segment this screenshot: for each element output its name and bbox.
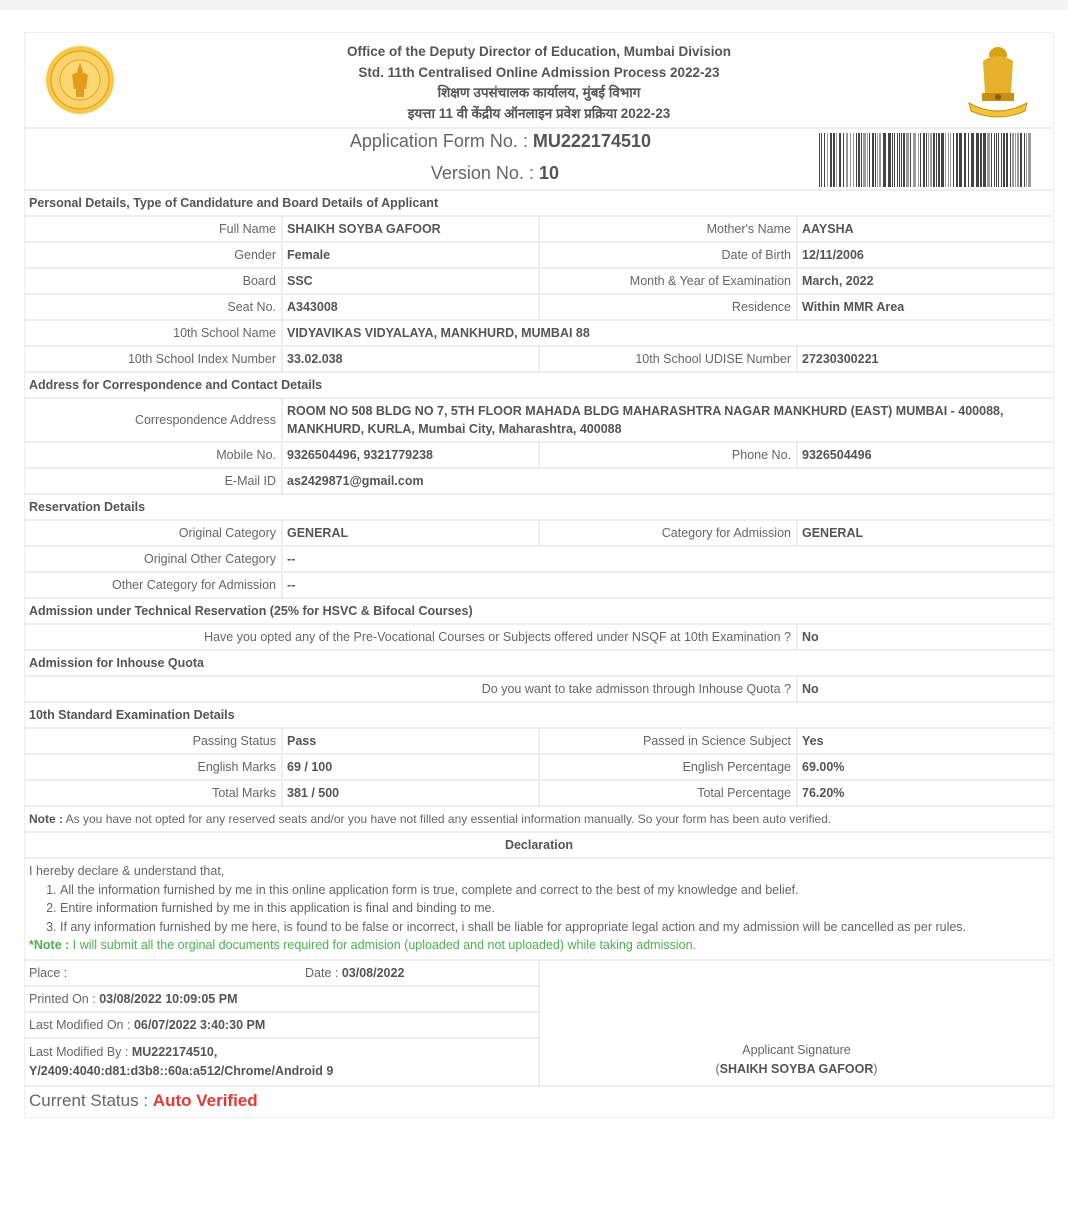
table-row: Do you want to take admisson through Inh…	[25, 677, 1053, 703]
table-row: Seat No.A343008 ResidenceWithin MMR Area	[25, 295, 1053, 321]
declaration-title: Declaration	[25, 833, 1053, 859]
mobile-value: 9326504496, 9321779238	[283, 443, 540, 467]
place-label: Place :	[29, 966, 67, 980]
label: Original Category	[25, 521, 283, 545]
last-modified-by-label: Last Modified By :	[29, 1045, 128, 1059]
label: English Marks	[25, 755, 283, 779]
table-row: E-Mail IDas2429871@gmail.com	[25, 469, 1053, 495]
section-inhouse-title: Admission for Inhouse Quota	[25, 651, 1053, 677]
table-row: English Marks69 / 100 English Percentage…	[25, 755, 1053, 781]
phone-value: 9326504496	[798, 443, 1055, 467]
last-modified-on-label: Last Modified On :	[29, 1018, 130, 1032]
science-value: Yes	[798, 729, 1055, 753]
barcode-icon	[819, 133, 1035, 187]
label: English Percentage	[540, 755, 798, 779]
date-label: Date :	[305, 966, 338, 980]
residence-value: Within MMR Area	[798, 295, 1055, 319]
version-value: 10	[539, 163, 559, 183]
mother-name-value: AAYSHA	[798, 217, 1055, 241]
header-line-1: Office of the Deputy Director of Educati…	[25, 42, 1053, 63]
declaration-item: Entire information furnished by me in th…	[60, 899, 1049, 918]
table-row: Original CategoryGENERAL Category for Ad…	[25, 521, 1053, 547]
form-header: Office of the Deputy Director of Educati…	[25, 33, 1053, 129]
board-value: SSC	[283, 269, 540, 293]
label: 10th School Index Number	[25, 347, 283, 371]
total-marks-value: 381 / 500	[283, 781, 540, 805]
declaration-item: All the information furnished by me in t…	[60, 881, 1049, 900]
section-exam-title: 10th Standard Examination Details	[25, 703, 1053, 729]
declaration-item: If any information furnished by me here,…	[60, 918, 1049, 937]
last-modified-by-value-1: MU222174510,	[132, 1045, 217, 1059]
label: Passed in Science Subject	[540, 729, 798, 753]
signature-name-line: (SHAIKH SOYBA GAFOOR)	[540, 1060, 1053, 1079]
label: Residence	[540, 295, 798, 319]
documents-note: *Note : I will submit all the orginal do…	[29, 936, 1049, 955]
gender-value: Female	[283, 243, 540, 267]
school-name-value: VIDYAVIKAS VIDYALAYA, MANKHURD, MUMBAI 8…	[283, 321, 1053, 345]
label: Category for Admission	[540, 521, 798, 545]
label: Mother's Name	[540, 217, 798, 241]
english-percentage-value: 69.00%	[798, 755, 1055, 779]
table-row: Have you opted any of the Pre-Vocational…	[25, 625, 1053, 651]
passing-status-value: Pass	[283, 729, 540, 753]
table-row: BoardSSC Month & Year of ExaminationMarc…	[25, 269, 1053, 295]
application-number-block: Application Form No. : MU222174510 Versi…	[25, 129, 1053, 191]
label: Passing Status	[25, 729, 283, 753]
documents-note-label: *Note :	[29, 938, 69, 952]
label: Full Name	[25, 217, 283, 241]
table-row: Full NameSHAIKH SOYBA GAFOOR Mother's Na…	[25, 217, 1053, 243]
current-status: Current Status : Auto Verified	[25, 1087, 1053, 1117]
ashoka-emblem-icon	[965, 41, 1031, 121]
form-number-line: Application Form No. : MU222174510	[25, 131, 795, 152]
section-technical-title: Admission under Technical Reservation (2…	[25, 599, 1053, 625]
version-line: Version No. : 10	[25, 163, 795, 184]
exam-month-value: March, 2022	[798, 269, 1055, 293]
form-number-value: MU222174510	[533, 131, 651, 151]
label: 10th School UDISE Number	[540, 347, 798, 371]
signature-label: Applicant Signature	[540, 1041, 1053, 1060]
label: E-Mail ID	[25, 469, 283, 493]
date-field: Date : 03/08/2022	[305, 961, 404, 985]
header-line-4: इयत्ता 11 वी केंद्रीय ऑनलाइन प्रवेश प्रक…	[25, 104, 1053, 125]
full-name-value: SHAIKH SOYBA GAFOOR	[283, 217, 540, 241]
header-titles: Office of the Deputy Director of Educati…	[25, 42, 1053, 124]
table-row: Total Marks381 / 500 Total Percentage76.…	[25, 781, 1053, 807]
last-modified-by-value-2: Y/2409:4040:d81:d3b8::60a:a512/Chrome/An…	[29, 1064, 333, 1078]
admission-category-value: GENERAL	[798, 521, 1055, 545]
place-date-row: Place : Date : 03/08/2022	[25, 961, 538, 987]
note-text: As you have not opted for any reserved s…	[63, 812, 831, 826]
section-reservation-title: Reservation Details	[25, 495, 1053, 521]
seat-no-value: A343008	[283, 295, 540, 319]
application-form: Office of the Deputy Director of Educati…	[24, 32, 1054, 1118]
label: Month & Year of Examination	[540, 269, 798, 293]
declaration-body: I hereby declare & understand that, All …	[25, 859, 1053, 961]
label: Board	[25, 269, 283, 293]
table-row: Other Category for Admission--	[25, 573, 1053, 599]
label: Date of Birth	[540, 243, 798, 267]
form-number-label: Application Form No. :	[350, 131, 528, 151]
last-modified-by-row: Last Modified By : MU222174510, Y/2409:4…	[25, 1039, 538, 1085]
address-line-2: MANKHURD, KURLA, Mumbai City, Maharashtr…	[287, 420, 1053, 438]
section-personal-title: Personal Details, Type of Candidature an…	[25, 191, 1053, 217]
label: Total Marks	[25, 781, 283, 805]
status-label: Current Status :	[29, 1091, 148, 1110]
note-label: Note :	[29, 812, 63, 826]
last-modified-on-row: Last Modified On : 06/07/2022 3:40:30 PM	[25, 1013, 538, 1039]
label: Correspondence Address	[25, 399, 283, 441]
table-row: Mobile No.9326504496, 9321779238 Phone N…	[25, 443, 1053, 469]
date-value: 03/08/2022	[342, 966, 405, 980]
technical-question: Have you opted any of the Pre-Vocational…	[25, 625, 798, 649]
header-line-2: Std. 11th Centralised Online Admission P…	[25, 63, 1053, 84]
applicant-signature: Applicant Signature (SHAIKH SOYBA GAFOOR…	[540, 1041, 1053, 1079]
dob-value: 12/11/2006	[798, 243, 1055, 267]
email-value: as2429871@gmail.com	[283, 469, 1053, 493]
technical-answer: No	[798, 625, 1053, 649]
label: Total Percentage	[540, 781, 798, 805]
status-badge: Auto Verified	[153, 1091, 258, 1110]
signature-name: SHAIKH SOYBA GAFOOR	[720, 1062, 874, 1076]
school-index-value: 33.02.038	[283, 347, 540, 371]
table-row: 10th School NameVIDYAVIKAS VIDYALAYA, MA…	[25, 321, 1053, 347]
other-admission-category-value: --	[283, 573, 1053, 597]
top-strip	[0, 0, 1068, 10]
address-line-1: ROOM NO 508 BLDG NO 7, 5TH FLOOR MAHADA …	[287, 402, 1053, 420]
footer-block: Place : Date : 03/08/2022 Printed On : 0…	[25, 961, 1053, 1087]
label: Mobile No.	[25, 443, 283, 467]
auto-verify-note: Note : As you have not opted for any res…	[25, 807, 1053, 833]
table-row: Original Other Category--	[25, 547, 1053, 573]
table-row: Passing StatusPass Passed in Science Sub…	[25, 729, 1053, 755]
label: Phone No.	[540, 443, 798, 467]
header-line-3: शिक्षण उपसंचालक कार्यालय, मुंबई विभाग	[25, 83, 1053, 104]
correspondence-address-value: ROOM NO 508 BLDG NO 7, 5TH FLOOR MAHADA …	[283, 399, 1053, 441]
footer-info: Place : Date : 03/08/2022 Printed On : 0…	[25, 961, 540, 1085]
label: Other Category for Admission	[25, 573, 283, 597]
total-percentage-value: 76.20%	[798, 781, 1055, 805]
inhouse-answer: No	[798, 677, 1053, 701]
original-category-value: GENERAL	[283, 521, 540, 545]
version-label: Version No. :	[431, 163, 534, 183]
declaration-list: All the information furnished by me in t…	[29, 881, 1049, 937]
last-modified-on-value: 06/07/2022 3:40:30 PM	[134, 1018, 265, 1032]
original-other-category-value: --	[283, 547, 1053, 571]
inhouse-question: Do you want to take admisson through Inh…	[25, 677, 798, 701]
label: Original Other Category	[25, 547, 283, 571]
printed-on-row: Printed On : 03/08/2022 10:09:05 PM	[25, 987, 538, 1013]
printed-on-value: 03/08/2022 10:09:05 PM	[99, 992, 237, 1006]
label: Gender	[25, 243, 283, 267]
section-address-title: Address for Correspondence and Contact D…	[25, 373, 1053, 399]
declaration-intro: I hereby declare & understand that,	[29, 862, 1049, 881]
label: 10th School Name	[25, 321, 283, 345]
documents-note-text: I will submit all the orginal documents …	[69, 938, 696, 952]
udise-value: 27230300221	[798, 347, 1055, 371]
table-row: 10th School Index Number33.02.038 10th S…	[25, 347, 1053, 373]
signature-area: Applicant Signature (SHAIKH SOYBA GAFOOR…	[540, 961, 1053, 1085]
table-row: Correspondence Address ROOM NO 508 BLDG …	[25, 399, 1053, 443]
label: Seat No.	[25, 295, 283, 319]
english-marks-value: 69 / 100	[283, 755, 540, 779]
printed-on-label: Printed On :	[29, 992, 96, 1006]
table-row: GenderFemale Date of Birth12/11/2006	[25, 243, 1053, 269]
